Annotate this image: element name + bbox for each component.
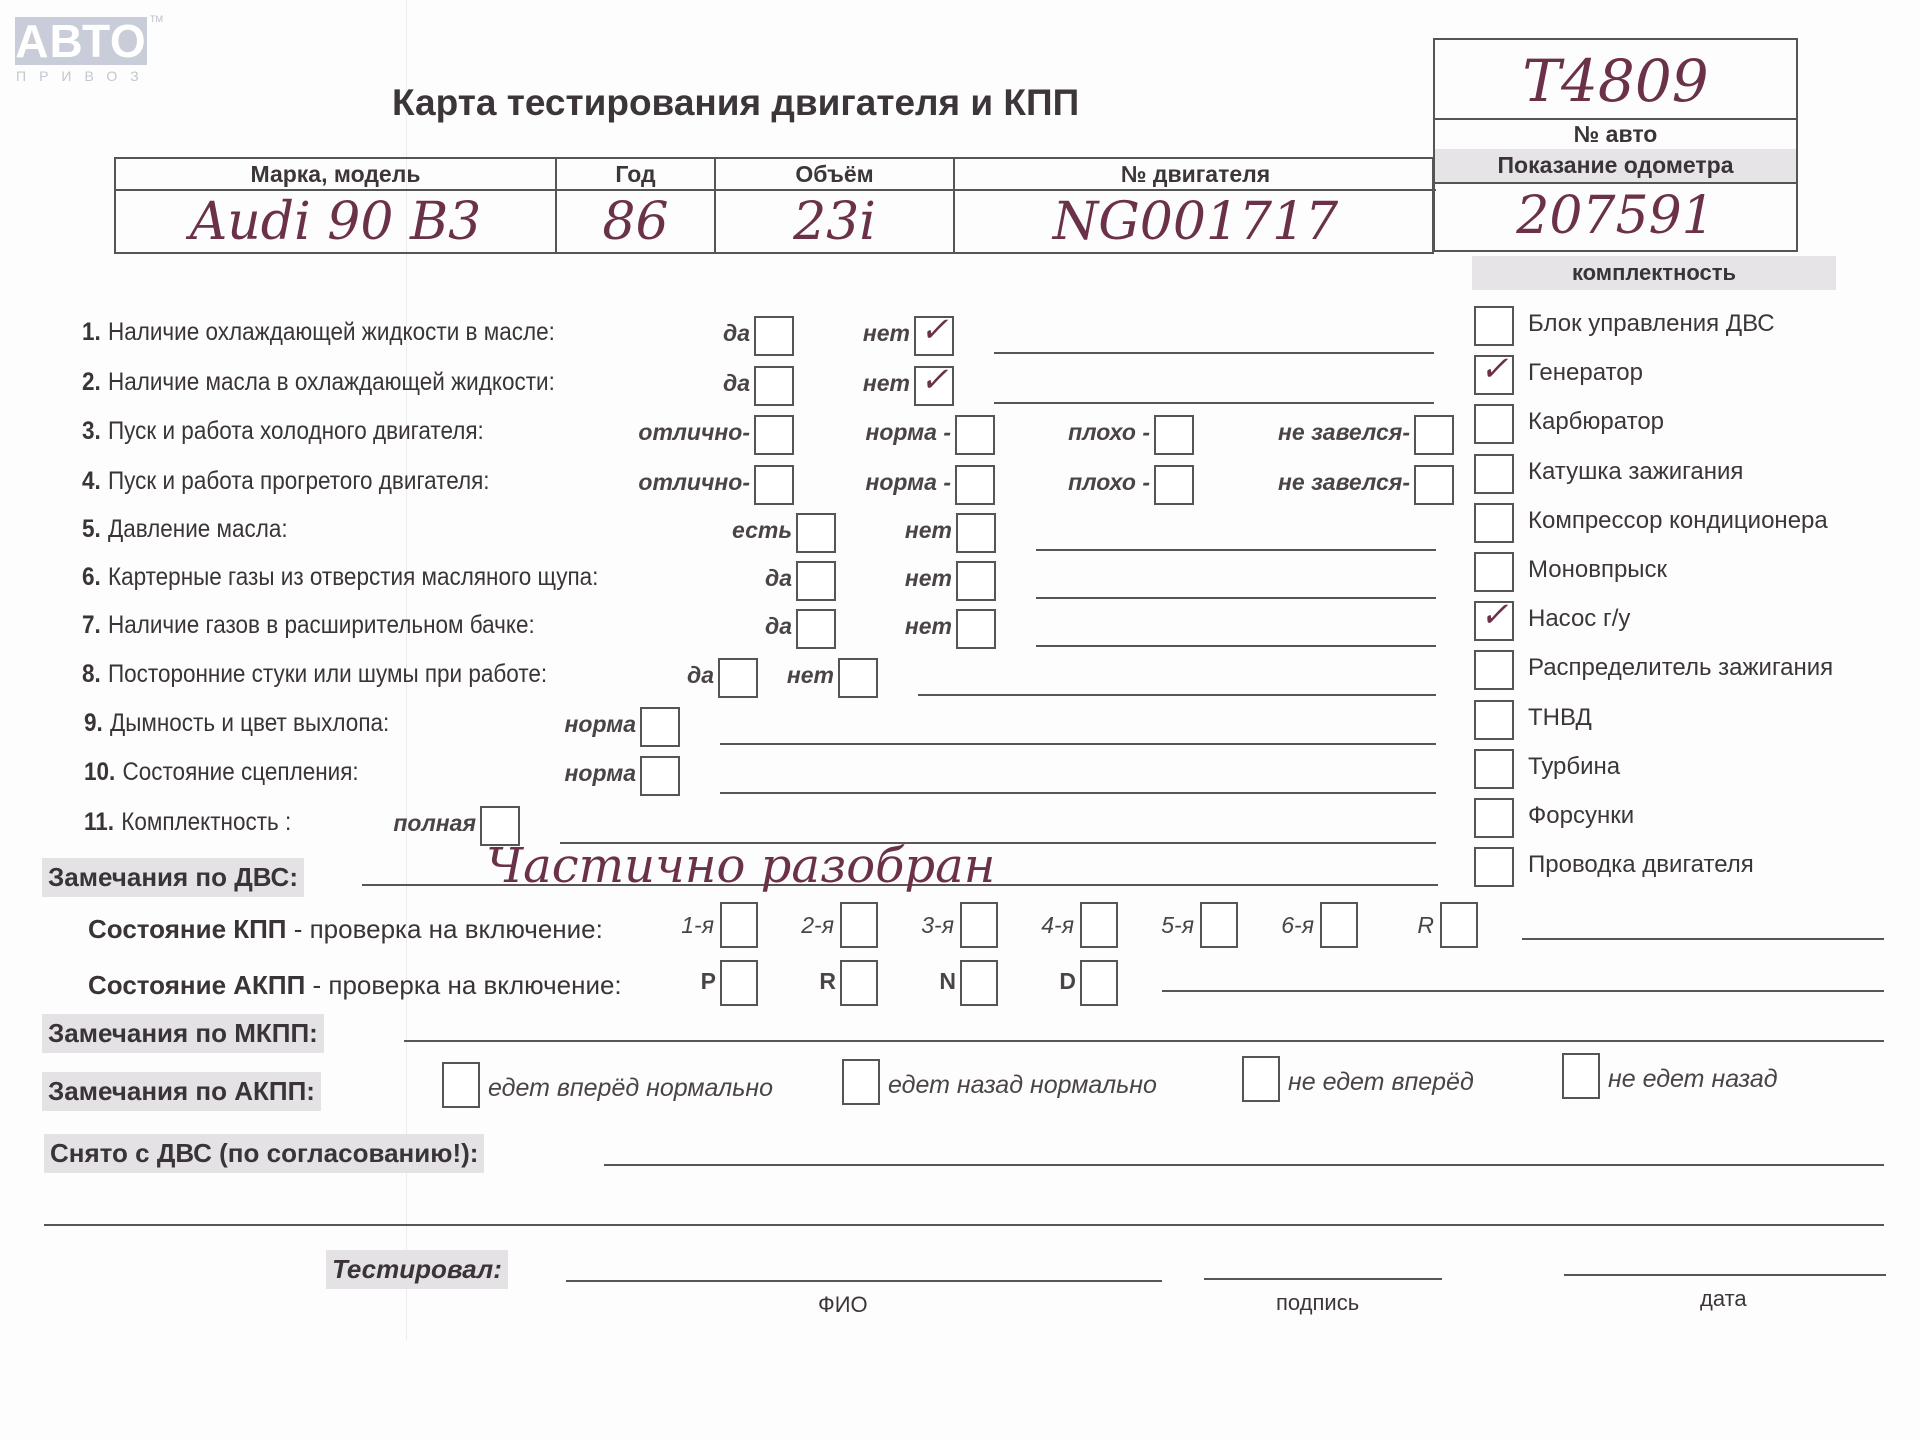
completeness-checkbox[interactable] <box>1474 404 1514 444</box>
checklist-question: 9.Дымность и цвет выхлопа: <box>84 709 389 738</box>
checklist-question: 5.Давление масла: <box>82 515 288 544</box>
gear-label: 3-я <box>900 912 954 939</box>
option-label: норма - <box>840 469 951 496</box>
option-checkbox[interactable] <box>838 658 878 698</box>
option-checkbox[interactable] <box>796 561 836 601</box>
comment-line[interactable] <box>994 402 1434 404</box>
option-label: плохо - <box>1060 419 1150 446</box>
gear-checkbox[interactable] <box>840 902 878 948</box>
completeness-label: Распределитель зажигания <box>1528 654 1833 682</box>
option-checkbox[interactable] <box>640 756 680 796</box>
checklist-question: 6.Картерные газы из отверстия масляного … <box>82 563 598 592</box>
completeness-label: Генератор <box>1528 359 1643 387</box>
question-text: Пуск и работа холодного двигателя: <box>108 417 484 445</box>
position-label: R <box>800 968 836 995</box>
option-label: да <box>700 613 792 640</box>
question-text: Пуск и работа прогретого двигателя: <box>108 467 490 495</box>
option-checkbox[interactable] <box>640 707 680 747</box>
brand-logo: АВТО <box>15 17 147 65</box>
completeness-label: ТНВД <box>1528 704 1592 732</box>
option-label: отлично- <box>530 469 750 496</box>
question-number: 8. <box>82 660 101 688</box>
position-checkbox[interactable] <box>720 960 758 1006</box>
comment-line[interactable] <box>1036 549 1436 551</box>
option-label: нет <box>740 662 834 689</box>
question-text: Наличие масла в охлаждающей жидкости: <box>108 368 555 396</box>
comment-line[interactable] <box>720 792 1436 794</box>
auto-gearbox-label-rest: - проверка на включение: <box>305 970 621 1000</box>
completeness-label: Проводка двигателя <box>1528 851 1754 879</box>
auto-gearbox-line <box>1162 990 1884 992</box>
odometer-value[interactable]: 207591 <box>1435 182 1796 250</box>
option-checkbox[interactable]: ✓ <box>914 366 954 406</box>
question-text: Наличие газов в расширительном бачке: <box>108 611 535 639</box>
model-value[interactable]: Audi 90 B3 <box>116 191 555 253</box>
comment-line[interactable] <box>918 694 1436 696</box>
gear-label: 1-я <box>660 912 714 939</box>
completeness-title: комплектность <box>1472 256 1836 290</box>
engine-number-column: № двигателя NG001717 <box>955 159 1436 252</box>
page-title: Карта тестирования двигателя и КПП <box>392 82 1079 124</box>
option-checkbox[interactable] <box>956 561 996 601</box>
completeness-label: Карбюратор <box>1528 408 1664 436</box>
gear-checkbox[interactable] <box>1080 902 1118 948</box>
option-checkbox[interactable] <box>956 609 996 649</box>
tested-by-label: Тестировал: <box>326 1250 508 1289</box>
gear-label: 5-я <box>1140 912 1194 939</box>
option-checkbox[interactable] <box>1154 415 1194 455</box>
completeness-checkbox[interactable] <box>1474 306 1514 346</box>
completeness-label: Компрессор кондиционера <box>1528 507 1828 535</box>
auto-remarks-label: Замечания по АКПП: <box>42 1072 321 1111</box>
checklist-question: 7.Наличие газов в расширительном бачке: <box>82 611 535 640</box>
option-checkbox[interactable]: ✓ <box>914 316 954 356</box>
position-checkbox[interactable] <box>1080 960 1118 1006</box>
question-text: Комплектность : <box>121 808 291 836</box>
position-checkbox[interactable] <box>960 960 998 1006</box>
gear-label: 2-я <box>780 912 834 939</box>
position-label: N <box>920 968 956 995</box>
option-checkbox[interactable] <box>754 415 794 455</box>
model-header: Марка, модель <box>116 159 555 191</box>
option-label: не завелся- <box>1260 419 1410 446</box>
completeness-checkbox[interactable] <box>1474 749 1514 789</box>
question-number: 11. <box>84 808 114 836</box>
option-label: нет <box>860 370 910 397</box>
question-number: 2. <box>82 368 101 396</box>
completeness-checkbox[interactable]: ✓ <box>1474 601 1514 641</box>
option-checkbox[interactable] <box>754 316 794 356</box>
completeness-checkbox[interactable] <box>1474 454 1514 494</box>
question-number: 5. <box>82 515 101 543</box>
option-label: да <box>600 662 714 689</box>
comment-line[interactable] <box>994 352 1434 354</box>
car-number-label: № авто <box>1435 118 1796 151</box>
option-checkbox[interactable] <box>955 415 995 455</box>
check-mark-icon: ✓ <box>1480 349 1509 389</box>
option-label: нет <box>860 320 910 347</box>
completeness-checkbox[interactable] <box>1474 552 1514 592</box>
question-number: 1. <box>82 318 101 346</box>
volume-header: Объём <box>716 159 953 191</box>
option-label: норма - <box>840 419 951 446</box>
volume-value[interactable]: 23i <box>716 191 953 253</box>
engine-number-value[interactable]: NG001717 <box>955 191 1436 253</box>
fio-line <box>566 1280 1162 1282</box>
volume-column: Объём 23i <box>716 159 955 252</box>
auto-remark-label: не едет назад <box>1608 1065 1778 1094</box>
gear-checkbox[interactable] <box>960 902 998 948</box>
auto-remark-checkbox[interactable] <box>842 1059 880 1105</box>
option-checkbox[interactable] <box>754 465 794 505</box>
completeness-checkbox[interactable] <box>1474 798 1514 838</box>
question-number: 7. <box>82 611 101 639</box>
car-number-box: T4809 № авто Показание одометра 207591 <box>1433 38 1798 252</box>
odometer-label: Показание одометра <box>1435 149 1796 184</box>
completeness-label: Насос г/у <box>1528 605 1630 633</box>
check-mark-icon: ✓ <box>920 310 949 350</box>
gear-checkbox[interactable] <box>1320 902 1358 948</box>
option-label: есть <box>690 517 792 544</box>
option-checkbox[interactable] <box>956 513 996 553</box>
position-checkbox[interactable] <box>840 960 878 1006</box>
option-label: да <box>695 320 750 347</box>
position-label: P <box>680 968 716 995</box>
auto-remark-label: не едет вперёд <box>1288 1068 1474 1097</box>
year-header: Год <box>557 159 714 191</box>
option-checkbox[interactable] <box>1154 465 1194 505</box>
year-column: Год 86 <box>557 159 716 252</box>
vehicle-table: Марка, модель Audi 90 B3 Год 86 Объём 23… <box>114 157 1434 254</box>
question-text: Посторонние стуки или шумы при работе: <box>108 660 547 688</box>
option-label: не завелся- <box>1260 469 1410 496</box>
option-label: да <box>700 565 792 592</box>
completeness-label: Катушка зажигания <box>1528 458 1743 486</box>
option-label: отлично- <box>530 419 750 446</box>
manual-gearbox-label-bold: Состояние КПП <box>88 914 287 944</box>
date-caption: дата <box>1700 1286 1747 1312</box>
auto-gearbox-label: Состояние АКПП - проверка на включение: <box>88 970 622 1001</box>
date-line <box>1564 1274 1886 1276</box>
manual-remarks-label: Замечания по МКПП: <box>42 1014 324 1053</box>
position-label: D <box>1040 968 1076 995</box>
option-label: да <box>695 370 750 397</box>
engine-number-header: № двигателя <box>955 159 1436 191</box>
signature-caption: подпись <box>1276 1290 1359 1316</box>
engine-remarks-label: Замечания по ДВС: <box>42 858 304 897</box>
model-column: Марка, модель Audi 90 B3 <box>116 159 557 252</box>
completeness-label: Турбина <box>1528 753 1620 781</box>
checklist-question: 2.Наличие масла в охлаждающей жидкости: <box>82 368 555 397</box>
auto-remark-checkbox[interactable] <box>442 1062 480 1108</box>
option-label: нет <box>860 613 952 640</box>
question-number: 4. <box>82 467 101 495</box>
year-value[interactable]: 86 <box>557 191 714 253</box>
logo-subtitle: ПРИВОЗ <box>16 68 152 84</box>
manual-remarks-line <box>404 1040 1884 1042</box>
auto-remark-checkbox[interactable] <box>1242 1056 1280 1102</box>
checklist-question: 1.Наличие охлаждающей жидкости в масле: <box>82 318 555 347</box>
manual-gearbox-label: Состояние КПП - проверка на включение: <box>88 914 603 945</box>
auto-remark-checkbox[interactable] <box>1562 1053 1600 1099</box>
question-number: 10. <box>84 758 115 786</box>
completeness-checkbox[interactable] <box>1474 650 1514 690</box>
question-text: Дымность и цвет выхлопа: <box>110 709 389 737</box>
logo-trademark: TM <box>150 14 163 24</box>
completeness-label: Форсунки <box>1528 802 1634 830</box>
checklist-question: 8.Посторонние стуки или шумы при работе: <box>82 660 547 689</box>
question-text: Наличие охлаждающей жидкости в масле: <box>108 318 555 346</box>
check-mark-icon: ✓ <box>1480 595 1509 635</box>
gear-label: R <box>1380 912 1434 939</box>
fio-caption: ФИО <box>818 1292 868 1318</box>
completeness-label: Блок управления ДВС <box>1528 310 1775 338</box>
completeness-checkbox[interactable] <box>1474 700 1514 740</box>
gear-checkbox[interactable] <box>720 902 758 948</box>
check-mark-icon: ✓ <box>920 360 949 400</box>
engine-remarks-value[interactable]: Частично разобран <box>486 838 995 894</box>
removed-line-2 <box>44 1224 1884 1226</box>
option-checkbox[interactable] <box>1414 465 1454 505</box>
gear-label: 4-я <box>1020 912 1074 939</box>
completeness-checkbox[interactable]: ✓ <box>1474 355 1514 395</box>
question-number: 6. <box>82 563 101 591</box>
option-checkbox[interactable] <box>796 513 836 553</box>
removed-line <box>604 1164 1884 1166</box>
comment-line[interactable] <box>720 743 1436 745</box>
manual-gearbox-label-rest: - проверка на включение: <box>287 914 603 944</box>
completeness-checkbox[interactable] <box>1474 503 1514 543</box>
auto-remark-label: едет назад нормально <box>888 1071 1157 1100</box>
question-text: Картерные газы из отверстия масляного щу… <box>108 563 598 591</box>
checklist-question: 3.Пуск и работа холодного двигателя: <box>82 417 484 446</box>
question-number: 3. <box>82 417 101 445</box>
checklist-question: 10.Состояние сцепления: <box>84 758 359 787</box>
completeness-checkbox[interactable] <box>1474 847 1514 887</box>
signature-line <box>1204 1278 1442 1280</box>
question-number: 9. <box>84 709 103 737</box>
option-label: норма <box>480 760 636 787</box>
question-text: Давление масла: <box>108 515 288 543</box>
gear-checkbox[interactable] <box>1200 902 1238 948</box>
option-label: плохо - <box>1060 469 1150 496</box>
gear-checkbox[interactable] <box>1440 902 1478 948</box>
completeness-label: Моновпрыск <box>1528 556 1667 584</box>
manual-gearbox-line <box>1522 938 1884 940</box>
checklist-question: 11.Комплектность : <box>84 808 291 837</box>
gear-label: 6-я <box>1260 912 1314 939</box>
removed-label: Снято с ДВС (по согласованию!): <box>44 1134 484 1173</box>
comment-line[interactable] <box>1036 597 1436 599</box>
question-text: Состояние сцепления: <box>122 758 358 786</box>
option-label: полная <box>340 810 476 837</box>
option-label: нет <box>860 517 952 544</box>
option-checkbox[interactable] <box>1414 415 1454 455</box>
option-checkbox[interactable] <box>796 609 836 649</box>
auto-gearbox-label-bold: Состояние АКПП <box>88 970 305 1000</box>
car-number-value[interactable]: T4809 <box>1435 40 1796 120</box>
option-checkbox[interactable] <box>754 366 794 406</box>
option-label: норма <box>480 711 636 738</box>
comment-line[interactable] <box>1036 645 1436 647</box>
option-checkbox[interactable] <box>955 465 995 505</box>
checklist-question: 4.Пуск и работа прогретого двигателя: <box>82 467 490 496</box>
option-label: нет <box>860 565 952 592</box>
auto-remark-label: едет вперёд нормально <box>488 1074 773 1103</box>
